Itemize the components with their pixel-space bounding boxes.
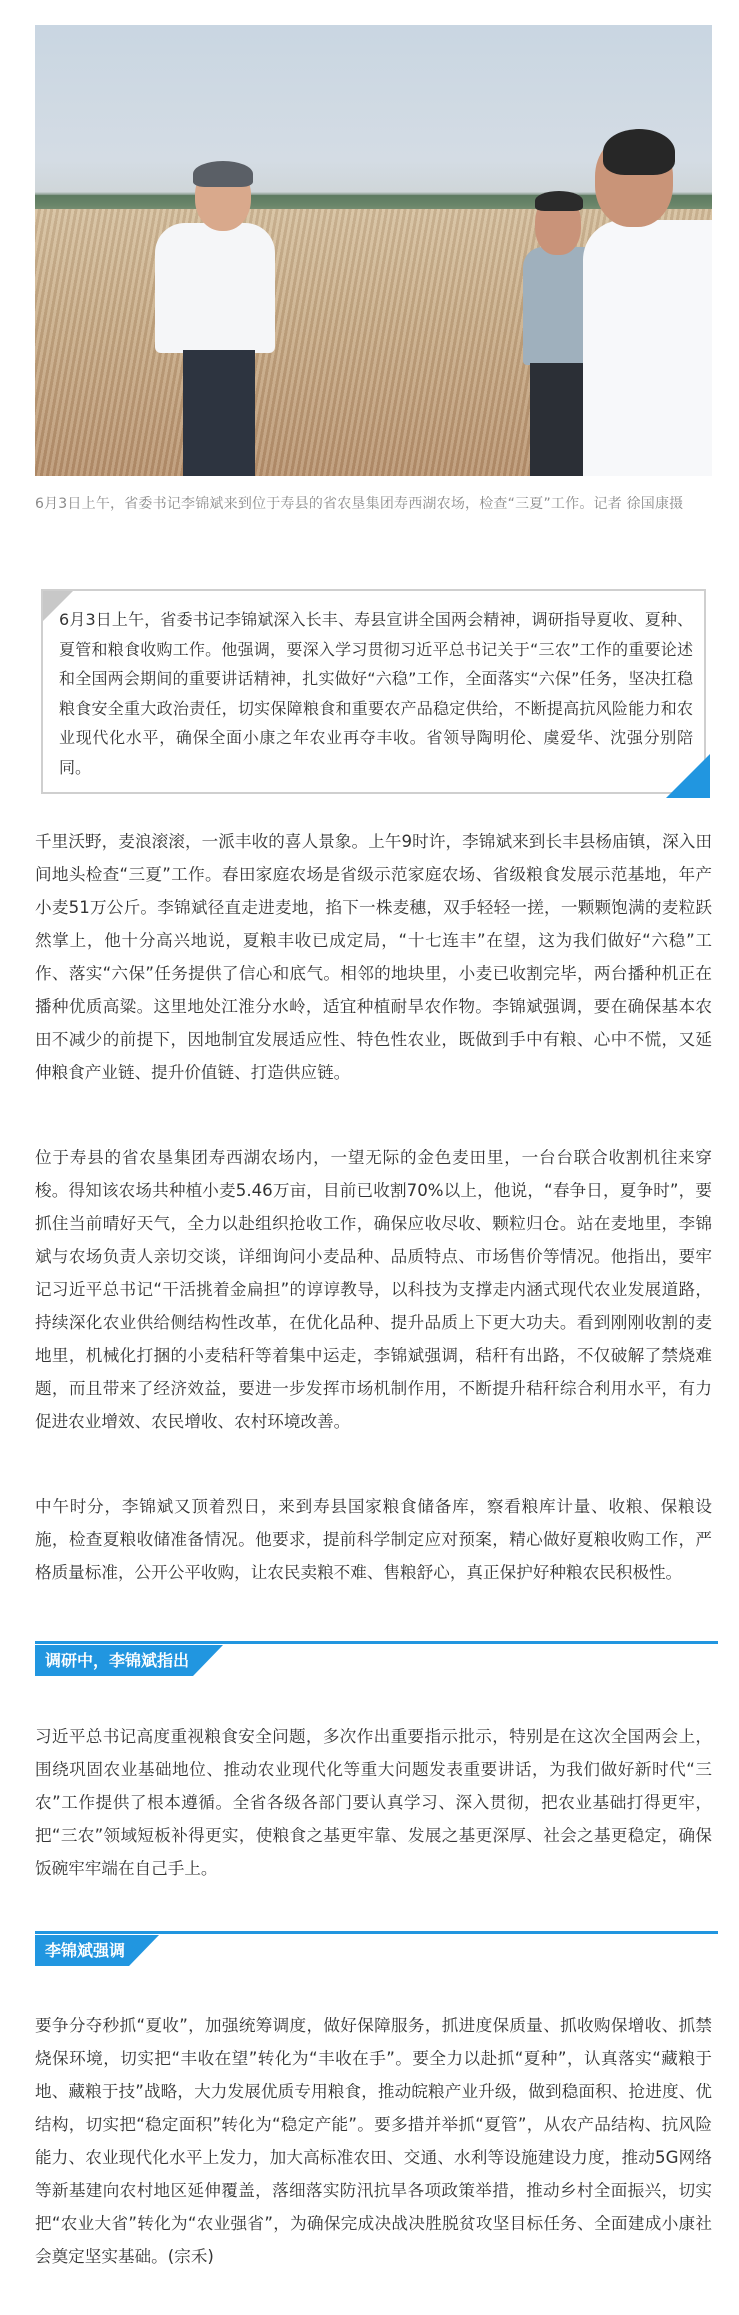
section-1-paragraph: 习近平总书记高度重视粮食安全问题，多次作出重要指示批示，特别是在这次全国两会上，… xyxy=(35,1720,712,1885)
photo-person-3-shirt xyxy=(583,220,712,476)
section-title-tag: 调研中，李锦斌指出 xyxy=(35,1645,223,1676)
photo-person-1-shirt xyxy=(155,223,275,353)
photo-person-3-hair xyxy=(603,129,675,175)
summary-box: 6月3日上午，省委书记李锦斌深入长丰、寿县宣讲全国两会精神，调研指导夏收、夏种、… xyxy=(41,589,706,794)
corner-triangle-blue-icon xyxy=(666,754,710,798)
body-paragraph-2: 位于寿县的省农垦集团寿西湖农场内，一望无际的金色麦田里，一台台联合收割机往来穿梭… xyxy=(35,1141,712,1438)
summary-text: 6月3日上午，省委书记李锦斌深入长丰、寿县宣讲全国两会精神，调研指导夏收、夏种、… xyxy=(59,605,693,782)
section-title-tag: 李锦斌强调 xyxy=(35,1935,159,1966)
photo-person-2-hair xyxy=(535,191,583,211)
photo-person-1-hair xyxy=(193,161,253,187)
section-header-2: 李锦斌强调 xyxy=(35,1931,718,1967)
section-rule xyxy=(35,1641,718,1644)
body-paragraph-1: 千里沃野，麦浪滚滚，一派丰收的喜人景象。上午9时许，李锦斌来到长丰县杨庙镇，深入… xyxy=(35,825,712,1089)
photo-person-2-trousers xyxy=(530,363,590,476)
section-header-1: 调研中，李锦斌指出 xyxy=(35,1641,718,1677)
section-rule xyxy=(35,1931,718,1934)
section-2-paragraph: 要争分夺秒抓“夏收”，加强统筹调度，做好保障服务，抓进度保质量、抓收购保增收、抓… xyxy=(35,2009,712,2273)
photo-person-1-trousers xyxy=(183,350,255,476)
photo-caption: 6月3日上午，省委书记李锦斌来到位于寿县的省农垦集团寿西湖农场，检查“三夏”工作… xyxy=(35,488,712,521)
body-paragraph-3: 中午时分，李锦斌又顶着烈日，来到寿县国家粮食储备库，察看粮库计量、收粮、保粮设施… xyxy=(35,1490,712,1589)
article-photo xyxy=(35,25,712,476)
